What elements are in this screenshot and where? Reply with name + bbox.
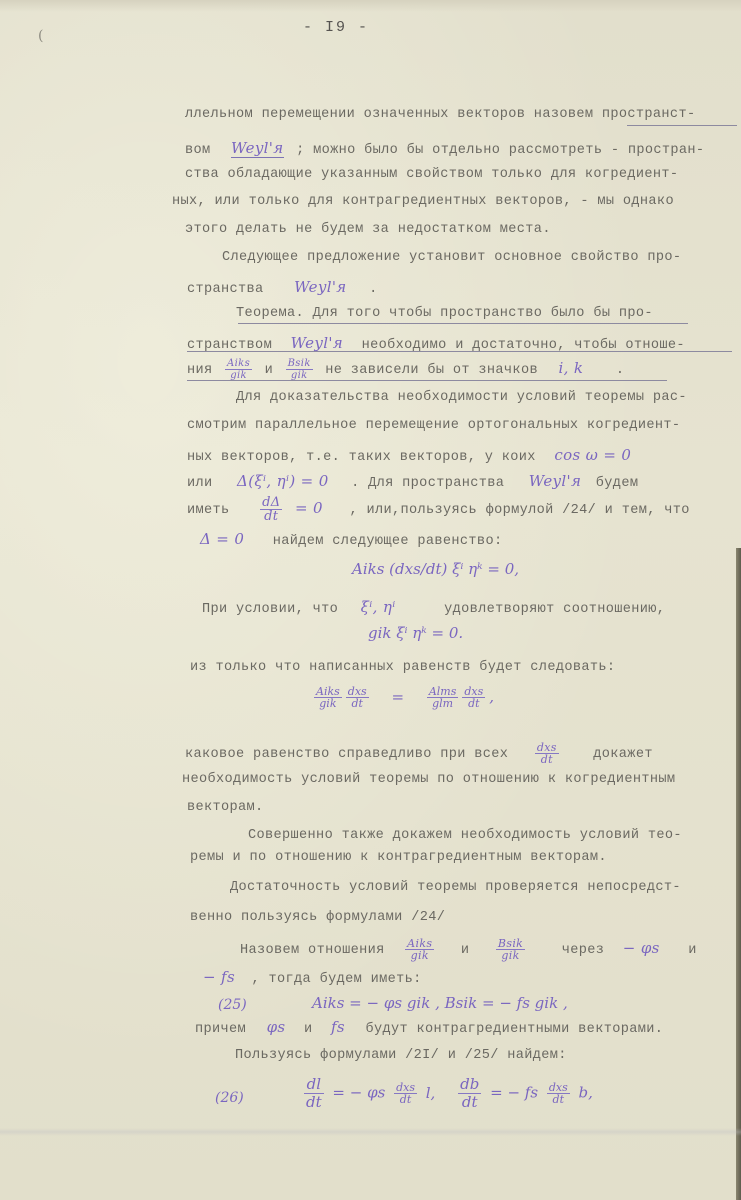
proof-line-19: Пользуясь формулами /2I/ и /25/ найдем: [235,1048,567,1063]
text-line-6: Следующее предложение установит основное… [222,250,681,265]
proof-line-13: ремы и по отношению к контрагредиентным … [190,850,607,865]
page-number: - I9 - [303,19,369,36]
proof-line-17: − fs , тогда будем иметь: [203,968,422,987]
equation-26: dldt = − φs dxsdt l, dbdt = − fs dxsdt b… [300,1076,593,1111]
equation-1: Aiks (dxs/dt) ξⁱ ηᵏ = 0, [352,560,519,578]
proof-line-5: иметь dΔdt = 0 , или,пользуясь формулой … [187,496,690,523]
proof-line-9: каковое равенство справедливо при всех d… [185,742,653,765]
equation-2: gik ξⁱ ηᵏ = 0. [368,624,463,642]
proof-line-1: Для доказательства необходимости условий… [236,390,687,405]
proof-line-4: или Δ(ξⁱ, ηⁱ) = 0 . Для пространства Wey… [187,472,638,491]
text-line-4: ных, или только для контрагредиентных ве… [172,194,674,209]
equation-3: Aiksgikdxsdt = Almsglmdxsdt, [310,686,494,709]
margin-mark: ( [38,28,43,44]
theorem-line-3: ния Aiksgik и Bsikgik не зависели бы от … [187,358,624,381]
proof-line-18: причем φs и fs будут контрагредиентными … [195,1018,663,1037]
text-line-3: ства обладающие указанным свойством толь… [185,167,678,182]
theorem-line-1: Теорема. Для того чтобы пространство был… [236,306,653,321]
proof-line-16: Назовем отношения Aiksgik и Bsikgik чере… [240,938,697,961]
text-line-5: этого делать не будем за недостатком мес… [185,222,551,237]
text-line-7: странства Weyl'я . [187,278,378,297]
proof-line-6: Δ = 0 найдем следующее равенство: [200,530,502,549]
top-shadow [0,0,741,12]
underline [627,125,737,126]
proof-line-10: необходимость условий теоремы по отношен… [182,772,675,787]
paper-right-edge [736,548,741,1200]
proof-line-14: Достаточность условий теоремы проверяетс… [230,880,681,895]
handwritten-weyl: Weyl'я [231,139,284,158]
equation-number-26: (26) [215,1090,244,1106]
underline [187,351,732,352]
proof-line-7: При условии, что ξⁱ, ηⁱ удовлетворяют со… [202,598,665,617]
equation-25: Aiks = − φs gik , Bsik = − fs gik , [312,994,568,1012]
text-line-1: ллельном перемещении означенных векторов… [185,107,695,122]
handwritten-weyl: Weyl'я [294,278,347,296]
proof-line-15: венно пользуясь формулами /24/ [190,910,445,925]
document-page: ( - I9 - ллельном перемещении означенных… [0,0,741,1200]
underline [238,323,688,324]
fraction-B-over-g: Bsikgik [286,358,313,381]
handwritten-weyl: Weyl'я [291,334,344,352]
proof-line-8: из только что написанных равенств будет … [190,660,615,675]
underline [187,380,667,381]
proof-line-12: Совершенно также докажем необходимость у… [248,828,682,843]
proof-line-11: векторам. [187,800,264,815]
proof-line-2: смотрим параллельное перемещение ортогон… [187,418,680,433]
proof-line-3: ных векторов, т.е. таких векторов, у кои… [187,446,631,465]
text-line-2: вом Weyl'я ; можно было бы отдельно расс… [185,139,704,158]
equation-number-25: (25) [218,997,247,1013]
paper-fold [0,1128,741,1136]
fraction-A-over-g: Aiksgik [225,358,252,381]
